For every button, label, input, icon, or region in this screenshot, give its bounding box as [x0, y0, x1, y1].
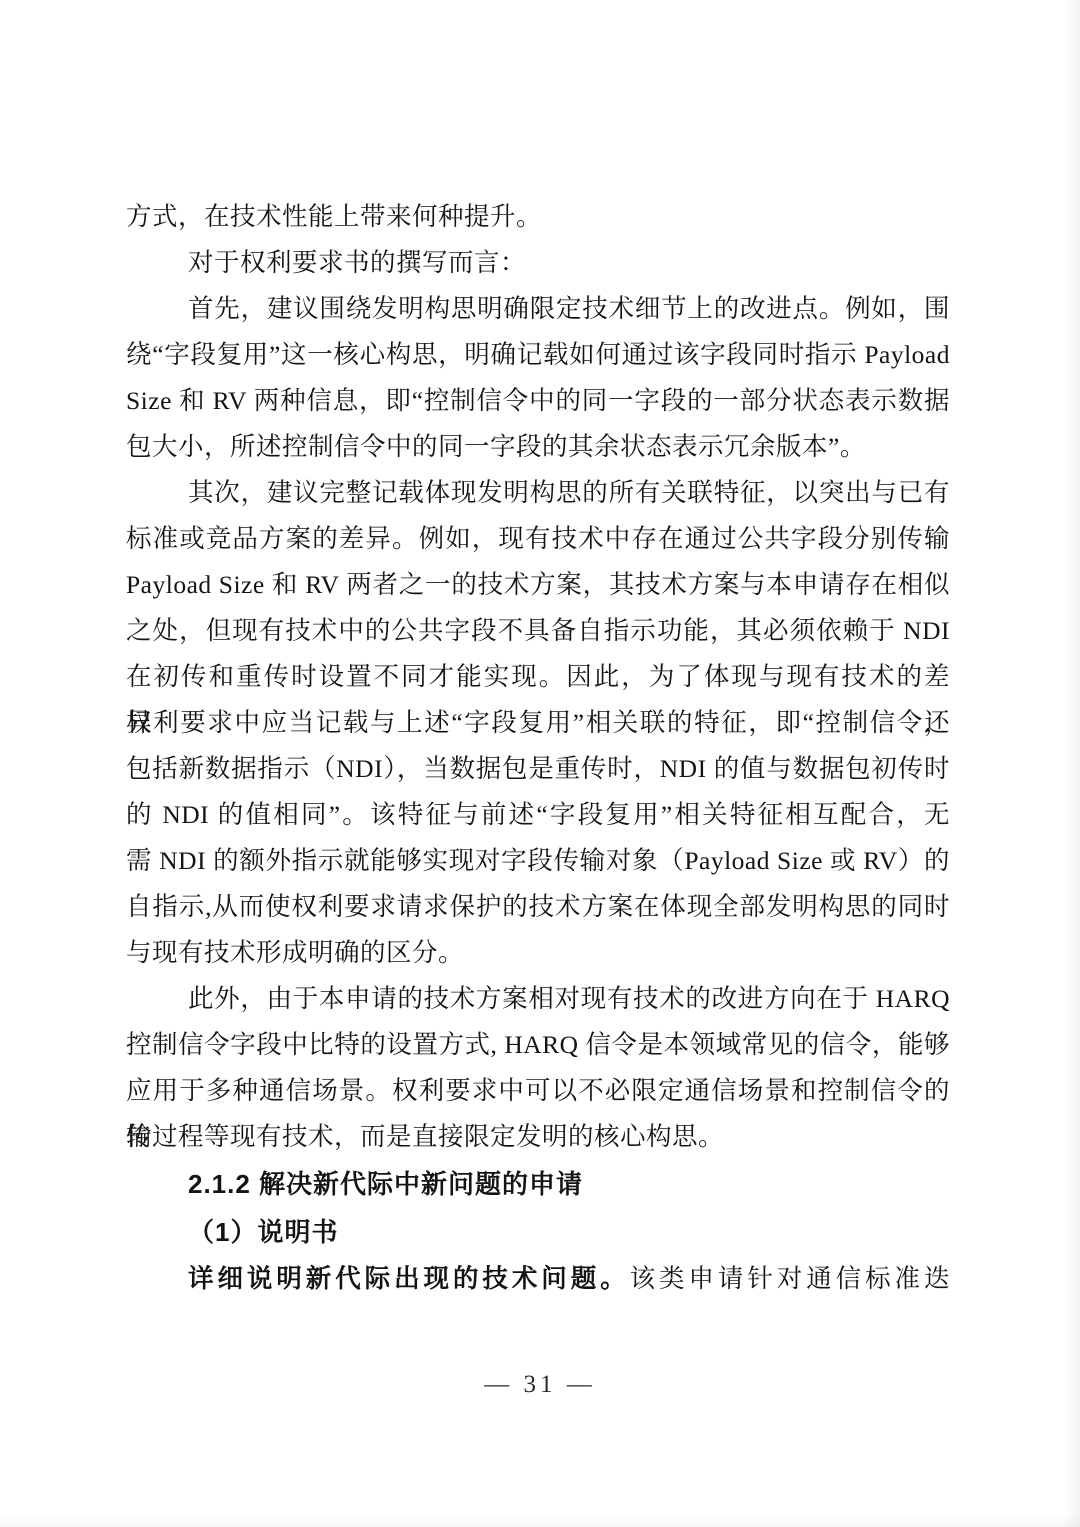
paragraph-second-advice-line-7: 包括新数据指示（NDI），当数据包是重传时，NDI 的值与数据包初传时 [126, 746, 950, 792]
paragraph-third-advice-line-3: 应用于多种通信场景。权利要求中可以不必限定通信场景和控制信令的传 [126, 1068, 950, 1114]
paragraph-first-advice-line-4: 包大小，所述控制信令中的同一字段的其余状态表示冗余版本”。 [126, 424, 950, 470]
scan-edge-right [1064, 0, 1080, 1527]
paragraph-specification-lead-segment-2: 该类申请针对通信标准迭 [630, 1264, 950, 1293]
paragraph-second-advice-line-8: 的 NDI 的值相同”。该特征与前述“字段复用”相关特征相互配合，无 [126, 792, 950, 838]
paragraph-first-advice-line-2: 绕“字段复用”这一核心构思，明确记载如何通过该字段同时指示 Payload [126, 332, 950, 378]
paragraph-third-advice-line-2: 控制信令字段中比特的设置方式, HARQ 信令是本领域常见的信令，能够 [126, 1022, 950, 1068]
section-heading-2-1-2: 2.1.2 解决新代际中新问题的申请 [126, 1160, 950, 1208]
page-body: 方式，在技术性能上带来何种提升。对于权利要求书的撰写而言：首先，建议围绕发明构思… [126, 194, 950, 1302]
page-footer: — 31 — [0, 1362, 1080, 1408]
subsection-heading-specification-line-1: （1）说明书 [126, 1208, 950, 1256]
paragraph-first-advice: 首先，建议围绕发明构思明确限定技术细节上的改进点。例如，围绕“字段复用”这一核心… [126, 286, 950, 470]
paragraph-first-advice-line-1: 首先，建议围绕发明构思明确限定技术细节上的改进点。例如，围 [126, 286, 950, 332]
document-page: 方式，在技术性能上带来何种提升。对于权利要求书的撰写而言：首先，建议围绕发明构思… [0, 0, 1080, 1527]
page-number: — 31 — [484, 1371, 596, 1398]
paragraph-third-advice: 此外，由于本申请的技术方案相对现有技术的改进方向在于 HARQ控制信令字段中比特… [126, 976, 950, 1160]
paragraph-second-advice-line-1: 其次，建议完整记载体现发明构思的所有关联特征，以突出与已有 [126, 470, 950, 516]
paragraph-specification-lead: 详细说明新代际出现的技术问题。该类申请针对通信标准迭 [126, 1256, 950, 1302]
paragraph-second-advice-line-3: Payload Size 和 RV 两者之一的技术方案，其技术方案与本申请存在相… [126, 562, 950, 608]
paragraph-claims-intro: 对于权利要求书的撰写而言： [126, 240, 950, 286]
paragraph-specification-lead-segment-1: 详细说明新代际出现的技术问题。 [188, 1265, 630, 1293]
paragraph-second-advice-line-5: 在初传和重传时设置不同才能实现。因此，为了体现与现有技术的差异， [126, 654, 950, 700]
paragraph-second-advice-line-4: 之处，但现有技术中的公共字段不具备自指示功能，其必须依赖于 NDI [126, 608, 950, 654]
paragraph-second-advice-line-6: 权利要求中应当记载与上述“字段复用”相关联的特征，即“控制信令还 [126, 700, 950, 746]
section-heading-2-1-2-line-1: 2.1.2 解决新代际中新问题的申请 [126, 1160, 950, 1208]
paragraph-second-advice-line-9: 需 NDI 的额外指示就能够实现对字段传输对象（Payload Size 或 R… [126, 838, 950, 884]
paragraph-continuation: 方式，在技术性能上带来何种提升。 [126, 194, 950, 240]
subsection-heading-specification: （1）说明书 [126, 1208, 950, 1256]
paragraph-specification-lead-line-1: 详细说明新代际出现的技术问题。该类申请针对通信标准迭 [126, 1256, 950, 1302]
paragraph-second-advice: 其次，建议完整记载体现发明构思的所有关联特征，以突出与已有标准或竞品方案的差异。… [126, 470, 950, 976]
paragraph-second-advice-line-10: 自指示,从而使权利要求请求保护的技术方案在体现全部发明构思的同时 [126, 884, 950, 930]
paragraph-claims-intro-line-1: 对于权利要求书的撰写而言： [126, 240, 950, 286]
scan-edge-bottom [0, 1515, 1080, 1527]
paragraph-third-advice-line-1: 此外，由于本申请的技术方案相对现有技术的改进方向在于 HARQ [126, 976, 950, 1022]
paragraph-third-advice-line-4: 输过程等现有技术，而是直接限定发明的核心构思。 [126, 1114, 950, 1160]
paragraph-second-advice-line-2: 标准或竞品方案的差异。例如，现有技术中存在通过公共字段分别传输 [126, 516, 950, 562]
paragraph-continuation-line-1: 方式，在技术性能上带来何种提升。 [126, 194, 950, 240]
paragraph-second-advice-line-11: 与现有技术形成明确的区分。 [126, 930, 950, 976]
paragraph-first-advice-line-3: Size 和 RV 两种信息，即“控制信令中的同一字段的一部分状态表示数据 [126, 378, 950, 424]
